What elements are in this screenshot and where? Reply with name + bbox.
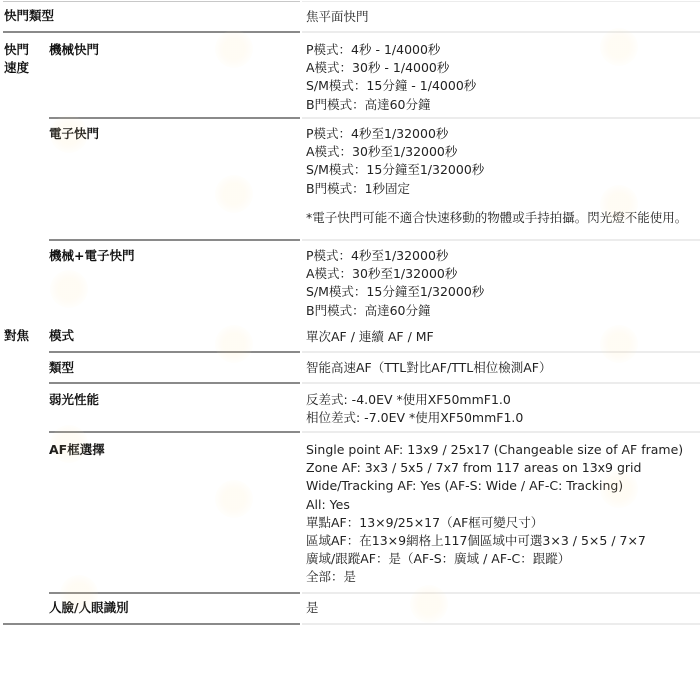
value-line: S/M模式：15分鐘至1/32000秒 [306, 283, 698, 301]
value-line: B門模式：1秒固定 [306, 180, 698, 198]
value-note: *電子快門可能不適合快速移動的物體或手持拍攝。閃光燈不能使用。 [306, 209, 698, 227]
row-divider [3, 31, 300, 33]
watermark-logo-icon [50, 270, 88, 308]
table-bottom-border-value [302, 623, 700, 625]
row-divider-value [302, 117, 700, 119]
row-divider-value [302, 239, 700, 241]
value-line: B門模式：高達60分鐘 [306, 96, 698, 114]
value-line: All: Yes [306, 496, 698, 514]
row-divider-value [302, 351, 700, 353]
value-line: 智能高速AF（TTL對比AF/TTL相位檢測AF） [306, 359, 698, 377]
row-label: 弱光性能 [49, 391, 299, 409]
value-line: 單次AF / 連續 AF / MF [306, 328, 698, 346]
group-label-focus: 對焦 [4, 327, 44, 345]
spacer [306, 198, 698, 209]
row-divider-value [302, 31, 700, 33]
value-line: 是 [306, 599, 698, 617]
value-line: S/M模式：15分鐘至1/32000秒 [306, 161, 698, 179]
watermark-logo-icon [215, 175, 253, 213]
value-line: 全部：是 [306, 568, 698, 586]
row-label: 類型 [49, 359, 299, 377]
row-label: AF框選擇 [49, 441, 299, 459]
row-divider-value [302, 382, 700, 384]
row-divider [49, 117, 300, 119]
value-line: Single point AF: 13x9 / 25x17 (Changeabl… [306, 441, 698, 459]
row-value: P模式：4秒 - 1/4000秒 A模式：30秒 - 1/4000秒 S/M模式… [306, 41, 698, 114]
value-line: 單點AF：13×9/25×17（AF框可變尺寸） [306, 514, 698, 532]
row-value: P模式：4秒至1/32000秒 A模式：30秒至1/32000秒 S/M模式：1… [306, 247, 698, 320]
value-line: 區域AF：在13×9網格上117個區域中可選3×3 / 5×5 / 7×7 [306, 532, 698, 550]
row-value: 智能高速AF（TTL對比AF/TTL相位檢測AF） [306, 359, 698, 377]
table-bottom-border [3, 623, 300, 625]
row-label: 模式 [49, 327, 299, 345]
row-value: 單次AF / 連續 AF / MF [306, 328, 698, 346]
row-divider-value [302, 592, 700, 594]
value-line: A模式：30秒至1/32000秒 [306, 143, 698, 161]
row-value: 焦平面快門 [306, 8, 698, 26]
table-top-border-value [302, 1, 700, 2]
row-label: 機械+電子快門 [49, 247, 299, 265]
value-line: Zone AF: 3x3 / 5x5 / 7x7 from 117 areas … [306, 459, 698, 477]
value-line: S/M模式：15分鐘 - 1/4000秒 [306, 77, 698, 95]
value-line: A模式：30秒至1/32000秒 [306, 265, 698, 283]
watermark-logo-icon [215, 480, 253, 518]
group-label-shutter-speed: 快門 速度 [4, 41, 44, 77]
row-divider [49, 592, 300, 594]
row-divider [49, 239, 300, 241]
group-label-line: 速度 [4, 59, 44, 77]
row-divider [49, 431, 300, 433]
row-label: 人臉/人眼識別 [49, 599, 299, 617]
value-line: 反差式: -4.0EV *使用XF50mmF1.0 [306, 391, 698, 409]
row-label: 機械快門 [49, 41, 299, 59]
value-line: A模式：30秒 - 1/4000秒 [306, 59, 698, 77]
table-top-border [3, 1, 300, 2]
row-divider [49, 351, 300, 353]
value-line: Wide/Tracking AF: Yes (AF-S: Wide / AF-C… [306, 477, 698, 495]
row-label: 電子快門 [49, 125, 299, 143]
row-label: 快門類型 [4, 7, 124, 25]
row-value: P模式：4秒至1/32000秒 A模式：30秒至1/32000秒 S/M模式：1… [306, 125, 698, 227]
value-line: 廣域/跟蹤AF：是（AF-S：廣域 / AF-C：跟蹤） [306, 550, 698, 568]
row-value: 是 [306, 599, 698, 617]
row-divider-value [302, 431, 700, 433]
row-value: Single point AF: 13x9 / 25x17 (Changeabl… [306, 441, 698, 587]
value-line: P模式：4秒至1/32000秒 [306, 125, 698, 143]
row-divider [49, 382, 300, 384]
value-line: 相位差式: -7.0EV *使用XF50mmF1.0 [306, 409, 698, 427]
row-value: 反差式: -4.0EV *使用XF50mmF1.0 相位差式: -7.0EV *… [306, 391, 698, 427]
group-label-line: 快門 [4, 41, 44, 59]
value-line: P模式：4秒 - 1/4000秒 [306, 41, 698, 59]
value-line: P模式：4秒至1/32000秒 [306, 247, 698, 265]
group-label-line: 對焦 [4, 327, 44, 345]
value-line: B門模式：高達60分鐘 [306, 302, 698, 320]
